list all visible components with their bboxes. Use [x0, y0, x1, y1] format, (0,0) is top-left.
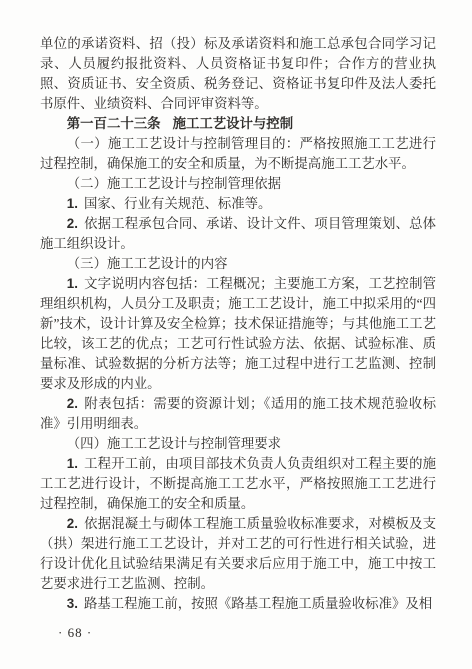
article-heading: 第一百二十三条施工工艺设计与控制 [40, 114, 436, 134]
item-number: 1. [67, 196, 78, 211]
paragraph-text: 单位的承诺资料、招（投）标及承诺资料和施工总承包合同学习记录、人员履约报批资料、… [40, 36, 436, 111]
paragraph-text: （二）施工工艺设计与控制管理依据 [67, 176, 281, 191]
document-body: 单位的承诺资料、招（投）标及承诺资料和施工总承包合同学习记录、人员履约报批资料、… [40, 34, 436, 614]
paragraph-text: 工程开工前，由项目部技术负责人负责组织对工程主要的施工工艺进行设计，不断提高施工… [40, 456, 436, 511]
numbered-item: 2.附表包括：需要的资源计划；《适用的施工技术规范验收标准》引用明细表。 [40, 394, 436, 434]
paragraph-text: （一）施工工艺设计与控制管理目的：严格按照施工工艺进行过程控制，确保施工的安全和… [40, 136, 436, 171]
paragraph-text: 路基工程施工前，按照《路基工程施工质量验收标准》及相 [84, 596, 432, 611]
section-item-3: （三）施工工艺设计的内容 [40, 254, 436, 274]
paragraph-continued: 单位的承诺资料、招（投）标及承诺资料和施工总承包合同学习记录、人员履约报批资料、… [40, 34, 436, 114]
paragraph-text: 国家、行业有关规范、标准等。 [84, 196, 271, 211]
item-number: 1. [67, 456, 78, 471]
paragraph-text: 依据混凝土与砌体工程施工质量验收标准要求，对模板及支（拱）架进行施工工艺设计，并… [40, 516, 436, 591]
paragraph-text: 附表包括：需要的资源计划；《适用的施工技术规范验收标准》引用明细表。 [40, 396, 436, 431]
article-number: 第一百二十三条 [67, 116, 161, 131]
article-title: 施工工艺设计与控制 [173, 116, 294, 131]
numbered-item: 2.依据工程承包合同、承诺、设计文件、项目管理策划、总体施工组织设计。 [40, 214, 436, 254]
item-number: 2. [67, 516, 78, 531]
item-number: 2. [67, 396, 78, 411]
section-item-2: （二）施工工艺设计与控制管理依据 [40, 174, 436, 194]
numbered-item: 1.文字说明内容包括：工程概况；主要施工方案，工艺控制管理组织机构，人员分工及职… [40, 274, 436, 394]
paragraph-text: 依据工程承包合同、承诺、设计文件、项目管理策划、总体施工组织设计。 [40, 216, 436, 251]
page-number: · 68 · [58, 625, 92, 641]
section-item-4: （四）施工工艺设计与控制管理要求 [40, 434, 436, 454]
section-item-1: （一）施工工艺设计与控制管理目的：严格按照施工工艺进行过程控制，确保施工的安全和… [40, 134, 436, 174]
numbered-item: 3.路基工程施工前，按照《路基工程施工质量验收标准》及相 [40, 594, 436, 614]
item-number: 2. [67, 216, 78, 231]
paragraph-text: （四）施工工艺设计与控制管理要求 [67, 436, 281, 451]
item-number: 1. [67, 276, 78, 291]
numbered-item: 1.国家、行业有关规范、标准等。 [40, 194, 436, 214]
item-number: 3. [67, 596, 78, 611]
paragraph-text: （三）施工工艺设计的内容 [67, 256, 228, 271]
numbered-item: 1.工程开工前，由项目部技术负责人负责组织对工程主要的施工工艺进行设计，不断提高… [40, 454, 436, 514]
numbered-item: 2.依据混凝土与砌体工程施工质量验收标准要求，对模板及支（拱）架进行施工工艺设计… [40, 514, 436, 594]
book-page: 单位的承诺资料、招（投）标及承诺资料和施工总承包合同学习记录、人员履约报批资料、… [0, 0, 472, 669]
paragraph-text: 文字说明内容包括：工程概况；主要施工方案，工艺控制管理组织机构，人员分工及职责；… [40, 276, 436, 391]
